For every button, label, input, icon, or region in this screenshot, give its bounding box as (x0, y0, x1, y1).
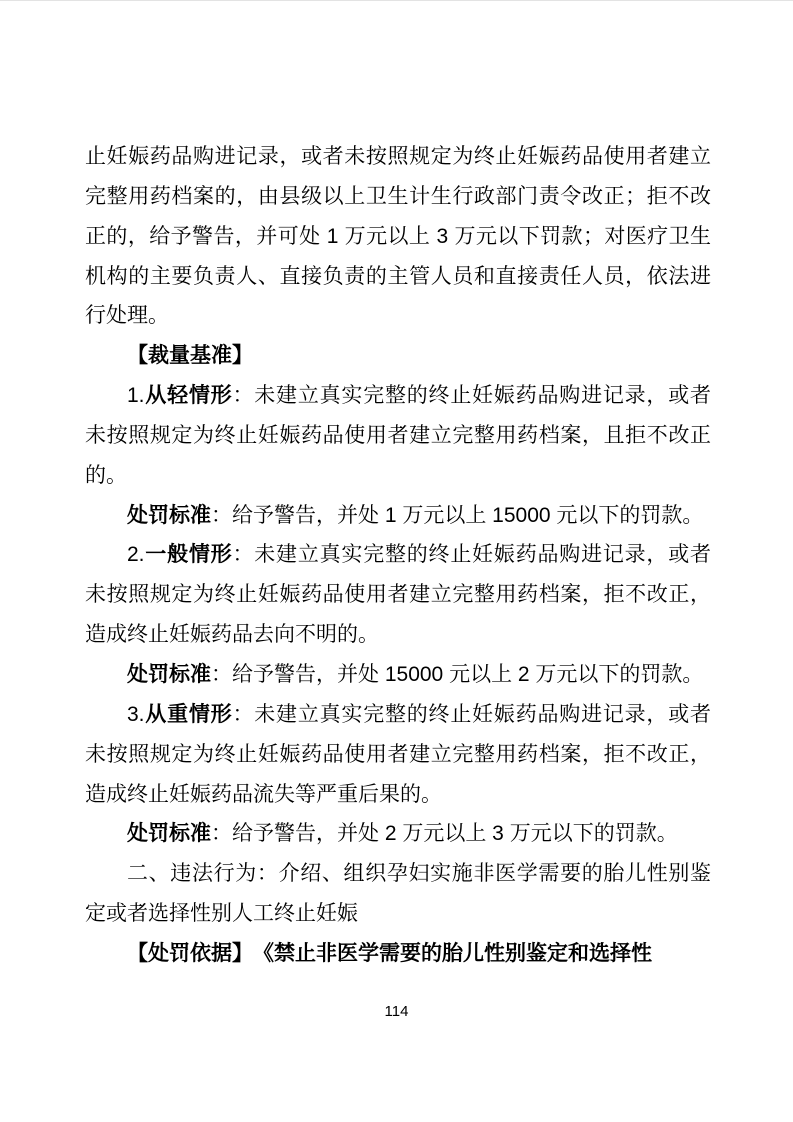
item-general-circumstance: 2.一般情形：未建立真实完整的终止妊娠药品购进记录，或者未按照规定为终止妊娠药品… (85, 535, 711, 655)
penalty-3-label: 处罚标准 (127, 822, 211, 845)
item-2-number: 2. (127, 543, 145, 566)
paragraph-continuation-text: 止妊娠药品购进记录，或者未按照规定为终止妊娠药品使用者建立完整用药档案的，由县级… (85, 145, 711, 327)
item-1-label: 从轻情形 (145, 384, 233, 407)
item-severe-circumstance: 3.从重情形：未建立真实完整的终止妊娠药品购进记录，或者未按照规定为终止妊娠药品… (85, 695, 711, 815)
document-page: 止妊娠药品购进记录，或者未按照规定为终止妊娠药品使用者建立完整用药档案的，由县级… (0, 0, 793, 1122)
penalty-standard-3: 处罚标准：给予警告，并处 2 万元以上 3 万元以下的罚款。 (85, 814, 711, 854)
penalty-standard-1: 处罚标准：给予警告，并处 1 万元以上 15000 元以下的罚款。 (85, 496, 711, 536)
paragraph-continuation: 止妊娠药品购进记录，或者未按照规定为终止妊娠药品使用者建立完整用药档案的，由县级… (85, 137, 711, 336)
item-1-number: 1. (127, 384, 145, 407)
penalty-2-text: ：给予警告，并处 15000 元以上 2 万元以下的罚款。 (211, 663, 703, 686)
item-2-label: 一般情形 (145, 543, 233, 566)
violation-item-2-text: 二、违法行为：介绍、组织孕妇实施非医学需要的胎儿性别鉴定或者选择性别人工终止妊娠 (85, 862, 711, 925)
page-body: 止妊娠药品购进记录，或者未按照规定为终止妊娠药品使用者建立完整用药档案的，由县级… (85, 137, 711, 974)
heading-discretion-criteria-text: 【裁量基准】 (127, 344, 253, 367)
penalty-standard-2: 处罚标准：给予警告，并处 15000 元以上 2 万元以下的罚款。 (85, 655, 711, 695)
item-3-number: 3. (127, 703, 145, 726)
penalty-3-text: ：给予警告，并处 2 万元以上 3 万元以下的罚款。 (211, 822, 678, 845)
page-number: 114 (0, 1001, 793, 1023)
penalty-1-text: ：给予警告，并处 1 万元以上 15000 元以下的罚款。 (211, 504, 703, 527)
heading-discretion-criteria: 【裁量基准】 (85, 336, 711, 376)
violation-item-2: 二、违法行为：介绍、组织孕妇实施非医学需要的胎儿性别鉴定或者选择性别人工终止妊娠 (85, 854, 711, 934)
heading-penalty-basis: 【处罚依据】 《禁止非医学需要的胎儿性别鉴定和选择性 (85, 934, 711, 974)
penalty-1-label: 处罚标准 (127, 504, 211, 527)
item-lenient-circumstance: 1.从轻情形：未建立真实完整的终止妊娠药品购进记录，或者未按照规定为终止妊娠药品… (85, 376, 711, 496)
item-3-label: 从重情形 (145, 703, 233, 726)
penalty-2-label: 处罚标准 (127, 663, 211, 686)
heading-penalty-basis-text: 【处罚依据】 《禁止非医学需要的胎儿性别鉴定和选择性 (127, 942, 652, 965)
